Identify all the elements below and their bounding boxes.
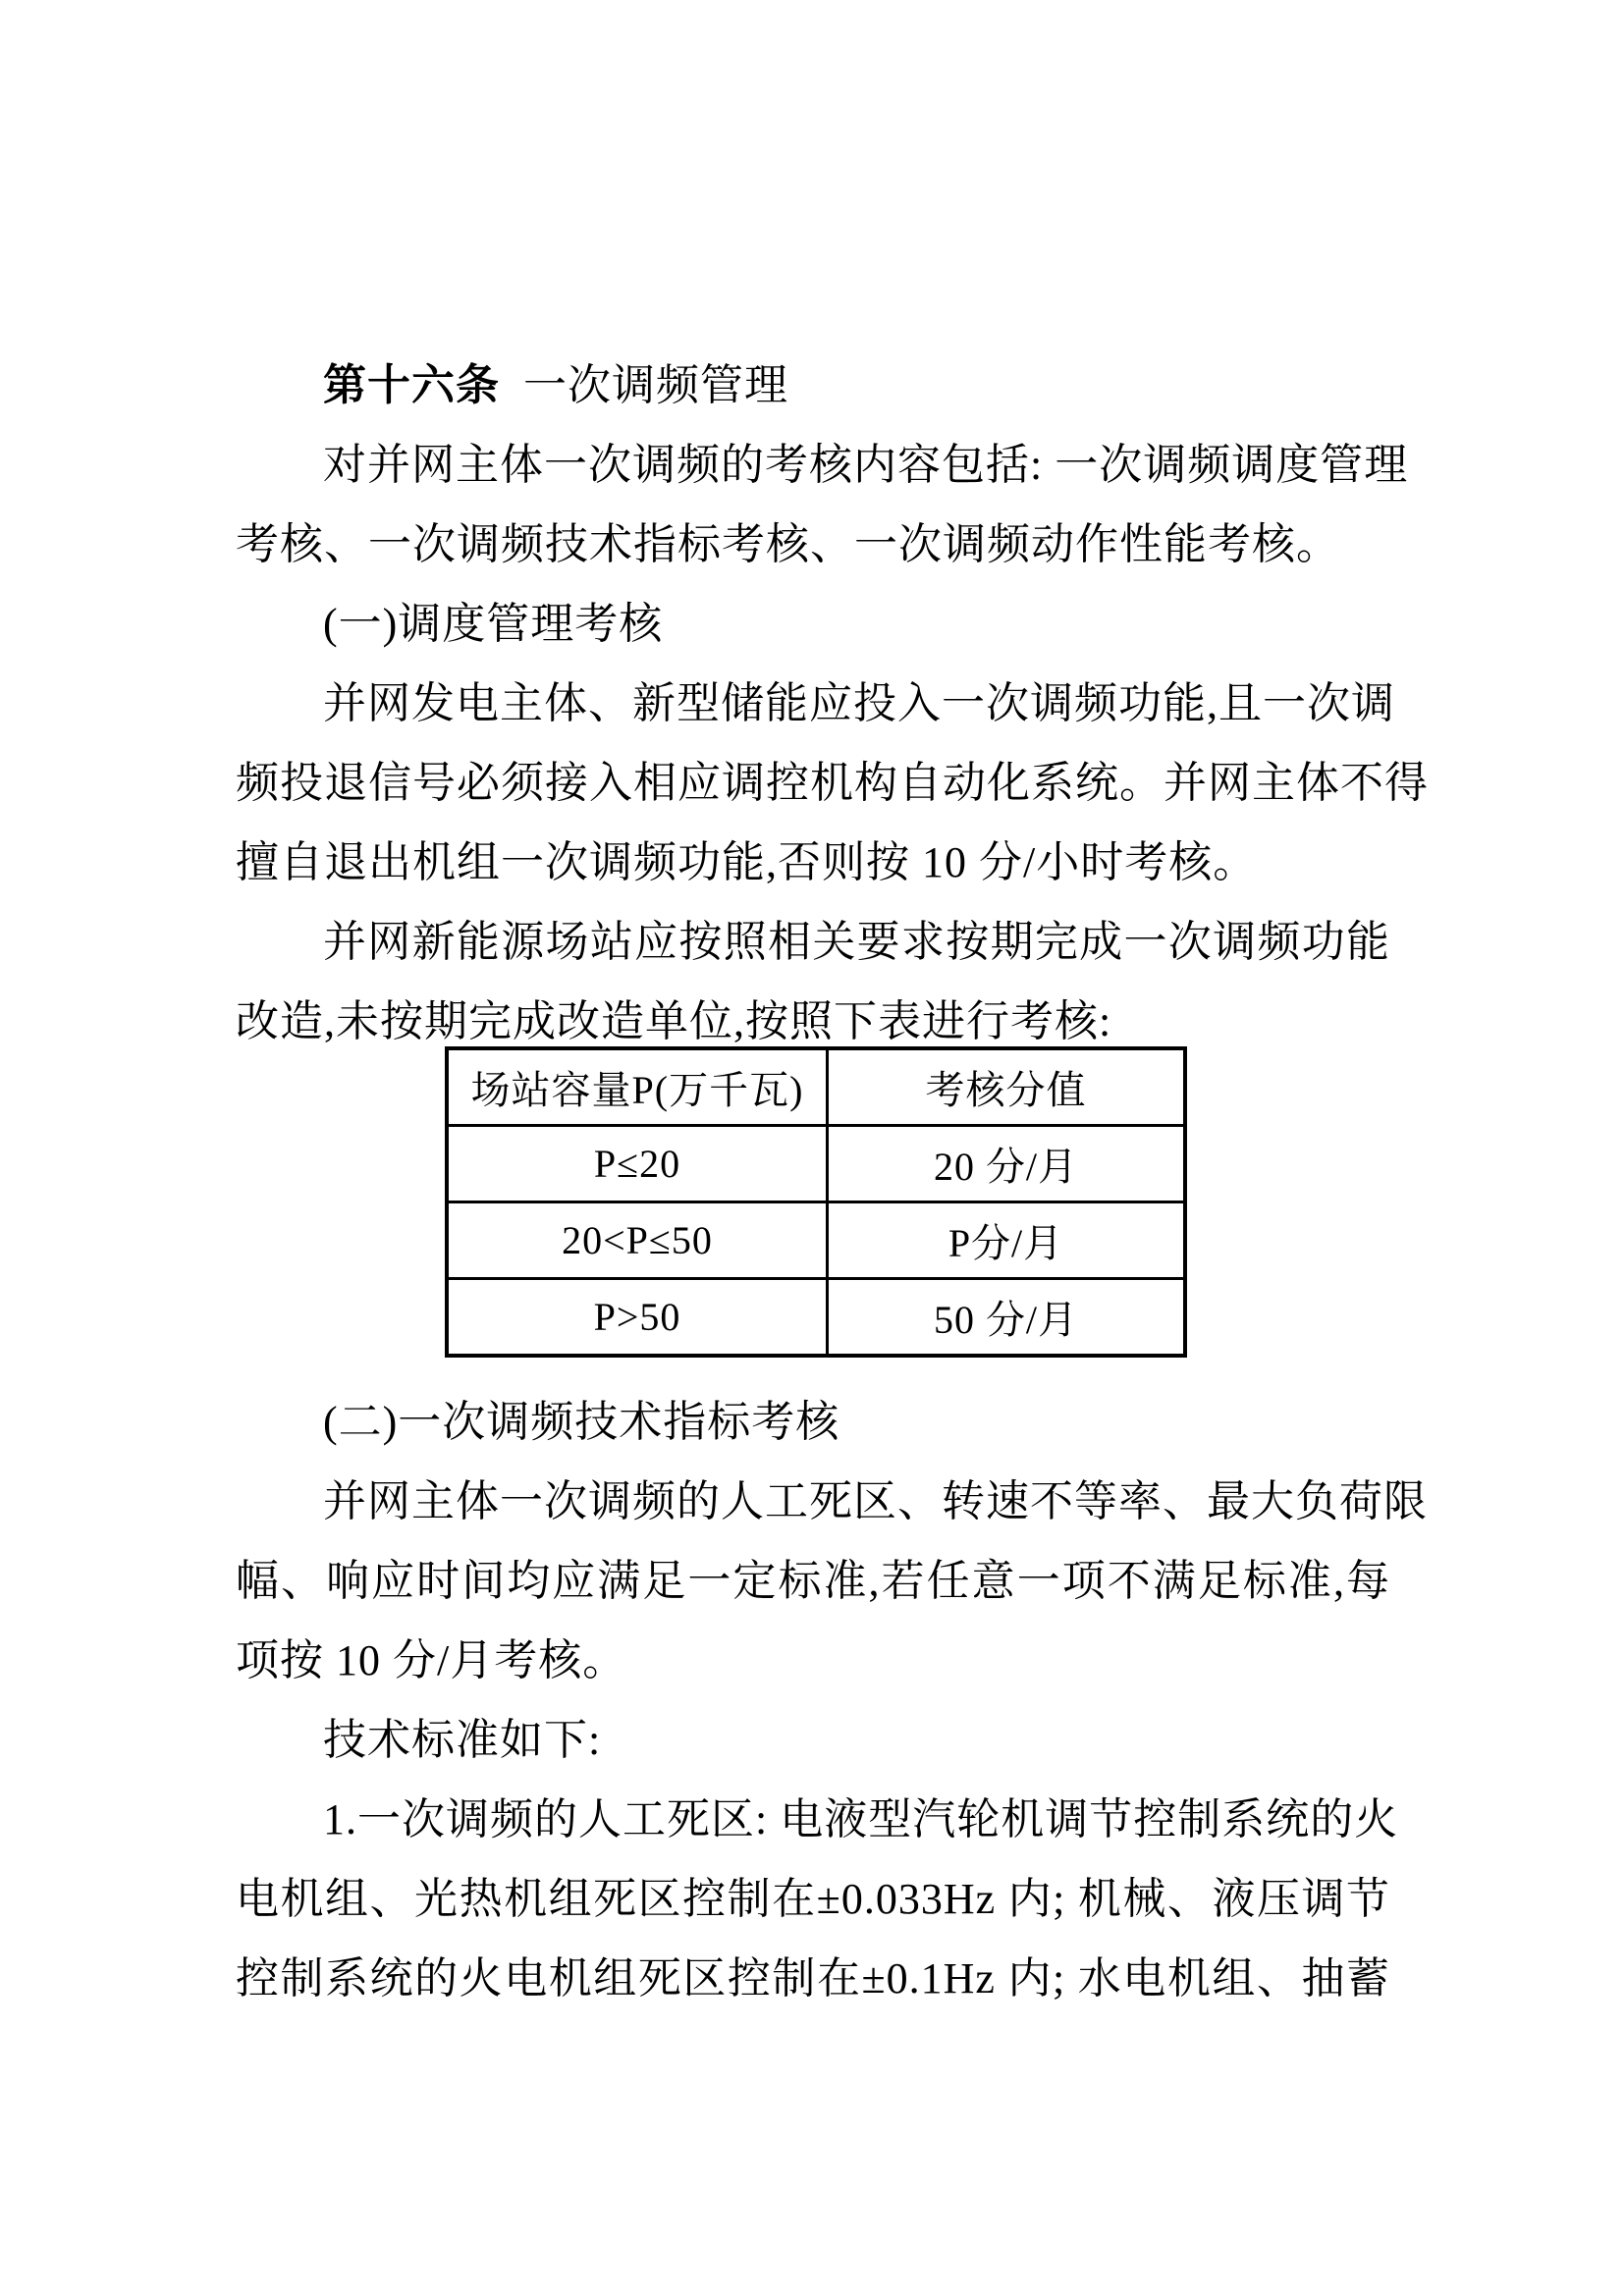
table-cell-capacity: P>50 bbox=[447, 1279, 828, 1357]
body-line: 技术标准如下: bbox=[236, 1700, 1390, 1780]
body-line: 擅自退出机组一次调频功能,否则按 10 分/小时考核。 bbox=[236, 823, 1390, 902]
section-after-table: (二)一次调频技术指标考核 并网主体一次调频的人工死区、转速不等率、最大负荷限 … bbox=[236, 1382, 1390, 2018]
body-line: 频投退信号必须接入相应调控机构自动化系统。并网主体不得 bbox=[236, 743, 1390, 823]
body-line: 项按 10 分/月考核。 bbox=[236, 1621, 1390, 1700]
assessment-score-table: 场站容量P(万千瓦) 考核分值 P≤20 20 分/月 20<P≤50 P分/月… bbox=[445, 1046, 1187, 1358]
table-header-capacity: 场站容量P(万千瓦) bbox=[447, 1048, 828, 1126]
body-line: 对并网主体一次调频的考核内容包括: 一次调频调度管理 bbox=[236, 425, 1390, 505]
document-page: 第十六条一次调频管理 对并网主体一次调频的考核内容包括: 一次调频调度管理 考核… bbox=[0, 0, 1624, 2296]
table-cell-score: P分/月 bbox=[828, 1202, 1186, 1279]
article-number: 第十六条 bbox=[323, 361, 500, 409]
section-before-table: 第十六条一次调频管理 对并网主体一次调频的考核内容包括: 一次调频调度管理 考核… bbox=[236, 346, 1390, 1061]
table-header-row: 场站容量P(万千瓦) 考核分值 bbox=[447, 1048, 1185, 1126]
table-row: P>50 50 分/月 bbox=[447, 1279, 1185, 1357]
table-cell-score: 20 分/月 bbox=[828, 1126, 1186, 1202]
body-line: 并网主体一次调频的人工死区、转速不等率、最大负荷限 bbox=[236, 1462, 1390, 1541]
table-cell-capacity: 20<P≤50 bbox=[447, 1202, 828, 1279]
body-line: 并网新能源场站应按照相关要求按期完成一次调频功能 bbox=[236, 902, 1390, 982]
article-title: 一次调频管理 bbox=[523, 361, 788, 409]
body-line: 并网发电主体、新型储能应投入一次调频功能,且一次调 bbox=[236, 664, 1390, 743]
subsection-heading-2: (二)一次调频技术指标考核 bbox=[236, 1382, 1390, 1462]
article-heading: 第十六条一次调频管理 bbox=[236, 346, 1390, 425]
body-line: 电机组、光热机组死区控制在±0.033Hz 内; 机械、液压调节 bbox=[236, 1859, 1390, 1939]
body-line: 1.一次调频的人工死区: 电液型汽轮机调节控制系统的火 bbox=[236, 1780, 1390, 1859]
table-row: P≤20 20 分/月 bbox=[447, 1126, 1185, 1202]
table-cell-capacity: P≤20 bbox=[447, 1126, 828, 1202]
subsection-heading-1: (一)调度管理考核 bbox=[236, 584, 1390, 664]
table-header-score: 考核分值 bbox=[828, 1048, 1186, 1126]
table-row: 20<P≤50 P分/月 bbox=[447, 1202, 1185, 1279]
body-line: 控制系统的火电机组死区控制在±0.1Hz 内; 水电机组、抽蓄 bbox=[236, 1939, 1390, 2018]
body-line: 考核、一次调频技术指标考核、一次调频动作性能考核。 bbox=[236, 505, 1390, 584]
body-line: 幅、响应时间均应满足一定标准,若任意一项不满足标准,每 bbox=[236, 1541, 1390, 1621]
table-cell-score: 50 分/月 bbox=[828, 1279, 1186, 1357]
